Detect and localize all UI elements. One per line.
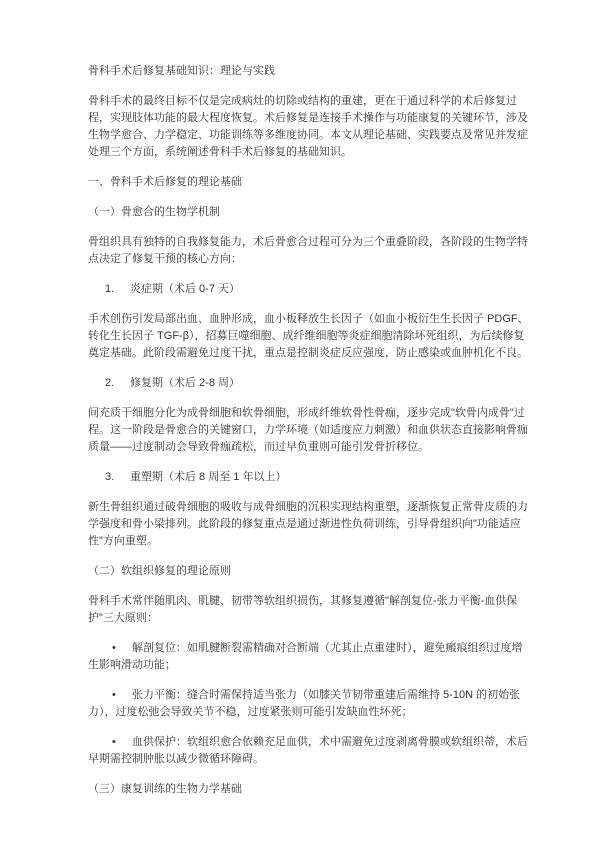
intro-paragraph: 骨科手术的最终目标不仅是完成病灶的切除或结构的重建，更在于通过科学的术后修复过程… [88,93,531,161]
list-number: 2. [105,375,130,392]
phase-item-repair: 2.修复期（术后 2-8 周） 间充质干细胞分化为成骨细胞和软骨细胞，形成纤维软… [88,375,531,456]
phase-item-remodeling: 3.重塑期（术后 8 周至 1 年以上） 新生骨组织通过破骨细胞的吸收与成骨细胞… [88,469,531,550]
list-number: 1. [105,281,130,298]
document-title: 骨科手术后修复基础知识：理论与实践 [88,63,531,80]
phase-item-body: 手术创伤引发局部出血、血肿形成，血小板释放生长因子（如血小板衍生生长因子 PDG… [88,311,531,362]
principle-item-tension-balance: •张力平衡：缝合时需保持适当张力（如膝关节韧带重建后需维持 5-10N 的初始张… [88,687,531,721]
subsection-1-1-lead: 骨组织具有独特的自我修复能力，术后骨愈合过程可分为三个重叠阶段，各阶段的生物学特… [88,234,531,268]
section-1-heading: 一、骨科手术后修复的理论基础 [88,174,531,191]
phase-item-title: 重塑期（术后 8 周至 1 年以上） [130,471,286,483]
document-page: 骨科手术后修复基础知识：理论与实践 骨科手术的最终目标不仅是完成病灶的切除或结构… [0,0,595,841]
phase-item-title: 修复期（术后 2-8 周） [130,377,240,389]
subsection-1-2-heading: （二）软组织修复的理论原则 [88,563,531,580]
principle-item-blood-supply: •血供保护：软组织愈合依赖充足血供，术中需避免过度剥离骨膜或软组织蒂，术后早期需… [88,734,531,768]
phase-item-body: 新生骨组织通过破骨细胞的吸收与成骨细胞的沉积实现结构重塑，逐渐恢复正常骨皮质的力… [88,499,531,550]
principle-item-anatomic-reduction: •解剖复位：如肌腱断裂需精确对合断端（尤其止点重建时），避免瘢痕组织过度增生影响… [88,640,531,674]
bullet-icon: • [112,640,132,657]
subsection-1-1-heading: （一）骨愈合的生物学机制 [88,204,531,221]
bullet-icon: • [112,734,132,751]
list-number: 3. [105,469,130,486]
phase-item-title-line: 3.重塑期（术后 8 周至 1 年以上） [88,469,531,486]
phase-item-inflammation: 1.炎症期（术后 0-7 天） 手术创伤引发局部出血、血肿形成，血小板释放生长因… [88,281,531,362]
subsection-1-2-lead: 骨科手术常伴随肌肉、肌腱、韧带等软组织损伤，其修复遵循"解剖复位-张力平衡-血供… [88,593,531,627]
principle-text: 血供保护：软组织愈合依赖充足血供，术中需避免过度剥离骨膜或软组织蒂，术后早期需控… [88,736,528,765]
phase-item-body: 间充质干细胞分化为成骨细胞和软骨细胞，形成纤维软骨性骨痂，逐步完成"软骨内成骨"… [88,405,531,456]
principle-text: 张力平衡：缝合时需保持适当张力（如膝关节韧带重建后需维持 5-10N 的初始张力… [88,689,520,718]
principle-text: 解剖复位：如肌腱断裂需精确对合断端（尤其止点重建时），避免瘢痕组织过度增生影响滑… [88,642,523,671]
subsection-1-3-heading: （三）康复训练的生物力学基础 [88,781,531,798]
phase-item-title: 炎症期（术后 0-7 天） [130,283,240,295]
phase-item-title-line: 1.炎症期（术后 0-7 天） [88,281,531,298]
phase-item-title-line: 2.修复期（术后 2-8 周） [88,375,531,392]
bullet-icon: • [112,687,132,704]
